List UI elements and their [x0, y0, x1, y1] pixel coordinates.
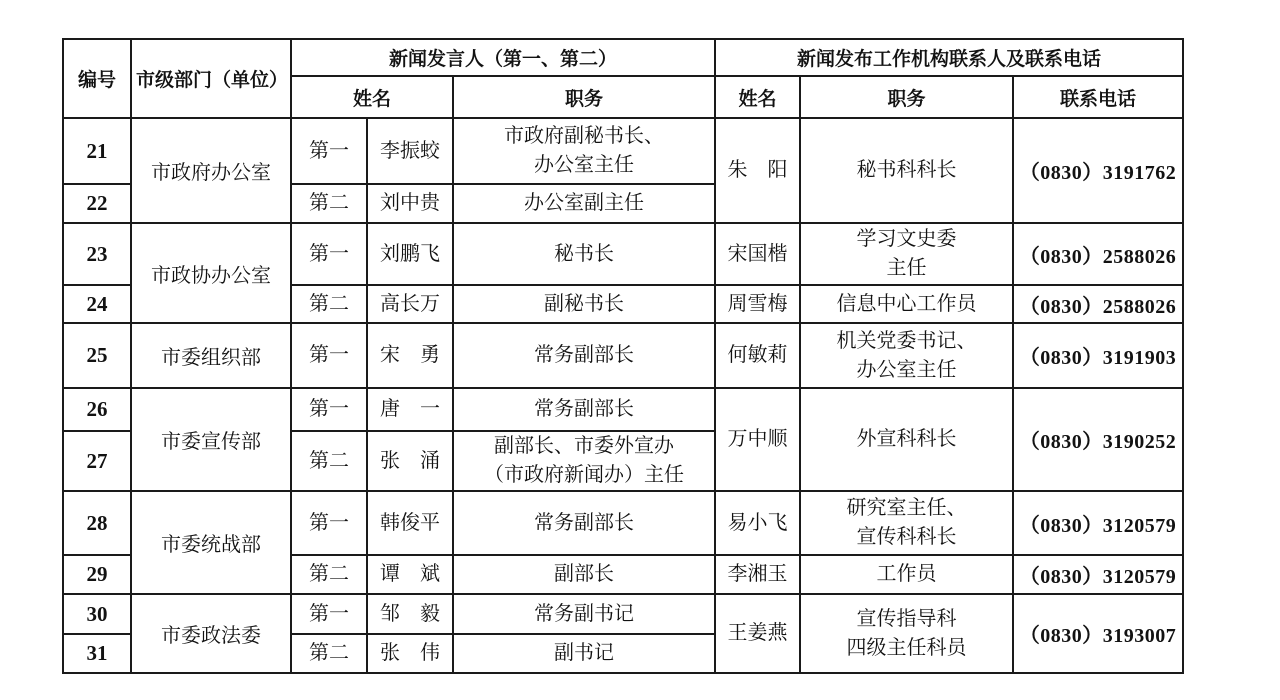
contact-title-cell: 外宣科科长	[800, 388, 1013, 491]
spokesperson-title-cell: 常务副部长	[453, 388, 715, 431]
title-line: 研究室主任、	[805, 494, 1008, 523]
contact-phone-cell: （0830）3120579	[1013, 491, 1183, 555]
spokesperson-title-cell: 常务副部长	[453, 491, 715, 555]
header-contact-title: 职务	[800, 76, 1013, 118]
title-line: 秘书科科长	[805, 156, 1008, 185]
spokesperson-roster-table: 编号 市级部门（单位） 新闻发言人（第一、第二） 新闻发布工作机构联系人及联系电…	[62, 38, 1184, 674]
title-line: 主任	[805, 254, 1008, 283]
spokesperson-order-cell: 第一	[291, 388, 367, 431]
header-department: 市级部门（单位）	[131, 39, 291, 118]
spokesperson-order-cell: 第一	[291, 323, 367, 388]
header-spokesperson-title: 职务	[453, 76, 715, 118]
header-contact-group: 新闻发布工作机构联系人及联系电话	[715, 39, 1183, 76]
title-line: 四级主任科员	[805, 634, 1008, 663]
spokesperson-order-cell: 第一	[291, 594, 367, 634]
spokesperson-title-cell: 常务副部长	[453, 323, 715, 388]
title-line: 学习文史委	[805, 225, 1008, 254]
row-number-cell: 25	[63, 323, 131, 388]
header-number: 编号	[63, 39, 131, 118]
spokesperson-order-cell: 第一	[291, 491, 367, 555]
spokesperson-name-cell: 刘鹏飞	[367, 223, 453, 285]
row-number-cell: 30	[63, 594, 131, 634]
contact-phone-cell: （0830）2588026	[1013, 223, 1183, 285]
table-row: 30 市委政法委 第一 邹 毅 常务副书记 王姜燕 宣传指导科 四级主任科员 （…	[63, 594, 1183, 634]
spokesperson-name-cell: 谭 斌	[367, 555, 453, 594]
row-number-cell: 24	[63, 285, 131, 323]
title-line: 副部长、市委外宣办	[458, 432, 710, 461]
table-row: 23 市政协办公室 第一 刘鹏飞 秘书长 宋国楷 学习文史委 主任 （0830）…	[63, 223, 1183, 285]
contact-phone-cell: （0830）3190252	[1013, 388, 1183, 491]
header-contact-phone: 联系电话	[1013, 76, 1183, 118]
contact-name-cell: 宋国楷	[715, 223, 800, 285]
spokesperson-order-cell: 第二	[291, 555, 367, 594]
contact-phone-cell: （0830）3191903	[1013, 323, 1183, 388]
row-number-cell: 27	[63, 431, 131, 491]
title-line: 宣传指导科	[805, 605, 1008, 634]
contact-name-cell: 朱 阳	[715, 118, 800, 223]
department-cell: 市委宣传部	[131, 388, 291, 491]
contact-title-cell: 研究室主任、 宣传科科长	[800, 491, 1013, 555]
department-cell: 市委政法委	[131, 594, 291, 673]
contact-title-cell: 机关党委书记、 办公室主任	[800, 323, 1013, 388]
spokesperson-name-cell: 张 涌	[367, 431, 453, 491]
spokesperson-title-cell: 副书记	[453, 634, 715, 673]
spokesperson-name-cell: 李振蛟	[367, 118, 453, 184]
header-spokesperson-group: 新闻发言人（第一、第二）	[291, 39, 715, 76]
contact-name-cell: 万中顺	[715, 388, 800, 491]
spokesperson-name-cell: 唐 一	[367, 388, 453, 431]
title-line: 办公室主任	[805, 356, 1008, 385]
contact-name-cell: 易小飞	[715, 491, 800, 555]
table-row: 28 市委统战部 第一 韩俊平 常务副部长 易小飞 研究室主任、 宣传科科长 （…	[63, 491, 1183, 555]
row-number-cell: 31	[63, 634, 131, 673]
spokesperson-name-cell: 刘中贵	[367, 184, 453, 223]
spokesperson-order-cell: 第一	[291, 118, 367, 184]
contact-phone-cell: （0830）3193007	[1013, 594, 1183, 673]
contact-phone-cell: （0830）2588026	[1013, 285, 1183, 323]
contact-title-cell: 信息中心工作员	[800, 285, 1013, 323]
table-row: 26 市委宣传部 第一 唐 一 常务副部长 万中顺 外宣科科长 （0830）31…	[63, 388, 1183, 431]
title-line: 市政府副秘书长、	[458, 122, 710, 151]
table-row: 25 市委组织部 第一 宋 勇 常务副部长 何敏莉 机关党委书记、 办公室主任 …	[63, 323, 1183, 388]
title-line: 办公室主任	[458, 151, 710, 180]
contact-title-cell: 宣传指导科 四级主任科员	[800, 594, 1013, 673]
row-number-cell: 26	[63, 388, 131, 431]
contact-name-cell: 周雪梅	[715, 285, 800, 323]
contact-phone-cell: （0830）3191762	[1013, 118, 1183, 223]
spokesperson-order-cell: 第一	[291, 223, 367, 285]
header-contact-name: 姓名	[715, 76, 800, 118]
department-cell: 市政协办公室	[131, 223, 291, 323]
header-row-groups: 编号 市级部门（单位） 新闻发言人（第一、第二） 新闻发布工作机构联系人及联系电…	[63, 39, 1183, 76]
spokesperson-title-cell: 副部长	[453, 555, 715, 594]
spokesperson-name-cell: 张 伟	[367, 634, 453, 673]
spokesperson-order-cell: 第二	[291, 285, 367, 323]
spokesperson-name-cell: 高长万	[367, 285, 453, 323]
contact-title-cell: 学习文史委 主任	[800, 223, 1013, 285]
row-number-cell: 28	[63, 491, 131, 555]
spokesperson-name-cell: 邹 毅	[367, 594, 453, 634]
title-line: 宣传科科长	[805, 523, 1008, 552]
spokesperson-order-cell: 第二	[291, 431, 367, 491]
contact-name-cell: 何敏莉	[715, 323, 800, 388]
spokesperson-title-cell: 副秘书长	[453, 285, 715, 323]
title-line: （市政府新闻办）主任	[458, 461, 710, 490]
title-line: 机关党委书记、	[805, 327, 1008, 356]
spokesperson-order-cell: 第二	[291, 184, 367, 223]
contact-name-cell: 王姜燕	[715, 594, 800, 673]
contact-phone-cell: （0830）3120579	[1013, 555, 1183, 594]
spokesperson-title-cell: 市政府副秘书长、 办公室主任	[453, 118, 715, 184]
spokesperson-name-cell: 韩俊平	[367, 491, 453, 555]
header-spokesperson-name: 姓名	[291, 76, 453, 118]
row-number-cell: 22	[63, 184, 131, 223]
spokesperson-title-cell: 常务副书记	[453, 594, 715, 634]
row-number-cell: 21	[63, 118, 131, 184]
row-number-cell: 29	[63, 555, 131, 594]
spokesperson-title-cell: 副部长、市委外宣办 （市政府新闻办）主任	[453, 431, 715, 491]
document-page: 编号 市级部门（单位） 新闻发言人（第一、第二） 新闻发布工作机构联系人及联系电…	[0, 0, 1280, 700]
department-cell: 市委统战部	[131, 491, 291, 594]
row-number-cell: 23	[63, 223, 131, 285]
table-row: 21 市政府办公室 第一 李振蛟 市政府副秘书长、 办公室主任 朱 阳 秘书科科…	[63, 118, 1183, 184]
contact-title-cell: 工作员	[800, 555, 1013, 594]
spokesperson-title-cell: 秘书长	[453, 223, 715, 285]
contact-title-cell: 秘书科科长	[800, 118, 1013, 223]
department-cell: 市政府办公室	[131, 118, 291, 223]
spokesperson-name-cell: 宋 勇	[367, 323, 453, 388]
spokesperson-title-cell: 办公室副主任	[453, 184, 715, 223]
spokesperson-order-cell: 第二	[291, 634, 367, 673]
department-cell: 市委组织部	[131, 323, 291, 388]
contact-name-cell: 李湘玉	[715, 555, 800, 594]
